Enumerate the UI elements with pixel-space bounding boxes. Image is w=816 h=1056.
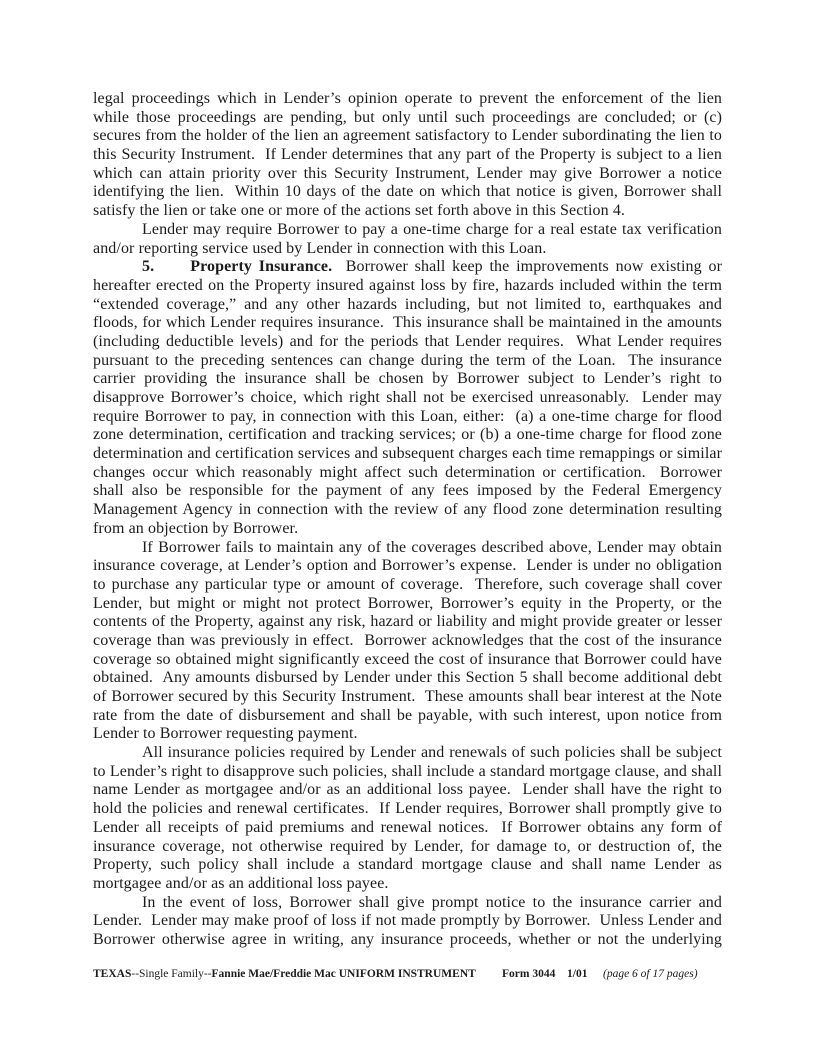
paragraph-text: Borrower shall keep the improvements now… — [93, 258, 726, 537]
paragraph-text: All insurance policies required by Lende… — [93, 744, 726, 892]
footer-state: TEXAS — [93, 968, 131, 980]
footer-version: 1/01 — [567, 967, 587, 981]
paragraph-tax-verification: Lender may require Borrower to pay a one… — [93, 221, 722, 258]
paragraph-failure-to-maintain: If Borrower fails to maintain any of the… — [93, 539, 722, 745]
document-body: legal proceedings which in Lender’s opin… — [93, 90, 722, 950]
footer-instrument: Fannie Mae/Freddie Mac UNIFORM INSTRUMEN… — [212, 968, 476, 980]
paragraph-insurance-policies: All insurance policies required by Lende… — [93, 744, 722, 894]
paragraph-text: Lender may require Borrower to pay a one… — [93, 221, 726, 257]
paragraph-text: If Borrower fails to maintain any of the… — [93, 539, 726, 743]
paragraph-text: legal proceedings which in Lender’s opin… — [93, 90, 726, 219]
page-footer: TEXAS--Single Family--Fannie Mae/Freddie… — [93, 967, 733, 983]
footer-instrument-line: TEXAS--Single Family--Fannie Mae/Freddie… — [93, 967, 476, 981]
section-number: 5. — [142, 258, 154, 275]
paragraph-lien-continuation: legal proceedings which in Lender’s opin… — [93, 90, 722, 221]
section-heading: Property Insurance. — [190, 258, 332, 275]
paragraph-event-of-loss: In the event of loss, Borrower shall giv… — [93, 894, 722, 950]
paragraph-text: In the event of loss, Borrower shall giv… — [93, 894, 726, 948]
footer-page-indicator: (page 6 of 17 pages) — [603, 967, 698, 981]
paragraph-section-5-property-insurance: 5.Property Insurance. Borrower shall kee… — [93, 258, 722, 538]
footer-form-number: Form 3044 — [502, 967, 555, 981]
document-page: legal proceedings which in Lender’s opin… — [0, 0, 816, 1056]
footer-family: --Single Family-- — [131, 968, 211, 980]
